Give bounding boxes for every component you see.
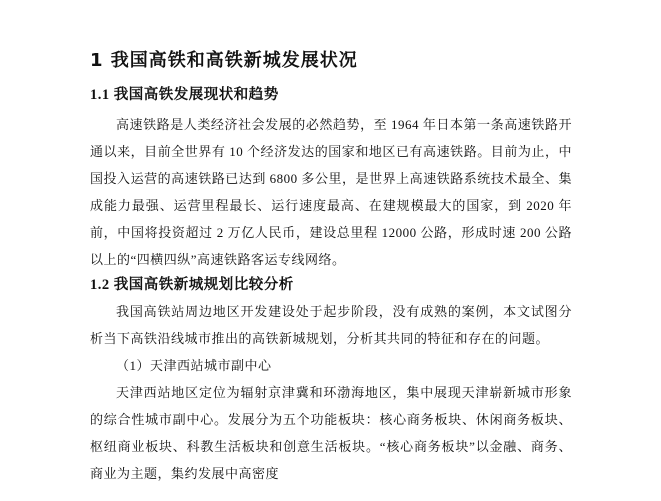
section-heading-1-2: 1.2 我国高铁新城规划比较分析 — [90, 275, 572, 295]
chapter-title: 1 我国高铁和高铁新城发展状况 — [90, 49, 572, 73]
section-heading-1-1: 1.1 我国高铁发展现状和趋势 — [90, 85, 572, 105]
section-1-2-paragraph: 我国高铁站周边地区开发建设处于起步阶段，没有成熟的案例，本文试图分析当下高铁沿线… — [90, 298, 572, 352]
subitem-1-heading: （1）天津西站城市副中心 — [90, 352, 572, 379]
document-page: 1 我国高铁和高铁新城发展状况 1.1 我国高铁发展现状和趋势 高速铁路是人类经… — [0, 0, 661, 501]
section-1-1-paragraph: 高速铁路是人类经济社会发展的必然趋势，至 1964 年日本第一条高速铁路开通以来… — [90, 111, 572, 273]
subitem-1-paragraph: 天津西站地区定位为辐射京津冀和环渤海地区，集中展现天津崭新城市形象的综合性城市副… — [90, 379, 572, 487]
